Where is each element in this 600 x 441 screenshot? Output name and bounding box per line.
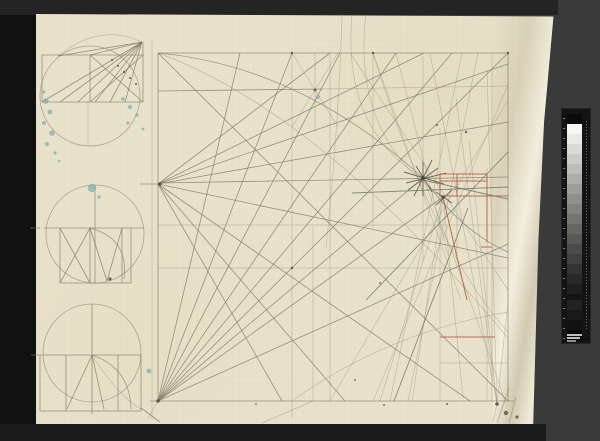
gray-patch bbox=[567, 124, 582, 134]
gray-patch bbox=[567, 184, 582, 194]
gray-patch-dark bbox=[567, 310, 582, 320]
gray-patch bbox=[567, 274, 582, 284]
gray-patch bbox=[567, 254, 582, 264]
scan-border-left bbox=[0, 0, 36, 441]
gray-patch bbox=[567, 284, 582, 294]
gray-patch-dark bbox=[567, 300, 582, 310]
gray-patch bbox=[567, 244, 582, 254]
gray-scale-logo-mark bbox=[567, 334, 582, 344]
gray-patch bbox=[567, 134, 582, 144]
gray-patch bbox=[567, 264, 582, 274]
gray-patch bbox=[567, 154, 582, 164]
gray-scale-strip bbox=[561, 108, 591, 344]
paper-aging-tone bbox=[36, 14, 555, 426]
paper-fold-crease bbox=[493, 14, 555, 426]
gray-scale-patches bbox=[567, 114, 582, 340]
gray-scale-tick-marks bbox=[563, 115, 565, 339]
gray-patch bbox=[567, 144, 582, 154]
gray-patch bbox=[567, 214, 582, 224]
gray-patch bbox=[567, 164, 582, 174]
gray-patch bbox=[567, 224, 582, 234]
gray-patch bbox=[567, 114, 582, 124]
gray-patch bbox=[567, 204, 582, 214]
gray-patch bbox=[567, 194, 582, 204]
scan-border-top bbox=[0, 0, 558, 15]
paper-sheet bbox=[36, 14, 555, 426]
gray-patch bbox=[567, 174, 582, 184]
scan-border-bottom bbox=[0, 424, 546, 441]
gray-patch bbox=[567, 234, 582, 244]
scan-canvas bbox=[0, 0, 600, 441]
gray-scale-micro-text bbox=[586, 119, 587, 329]
gray-patch-dark bbox=[567, 320, 582, 330]
